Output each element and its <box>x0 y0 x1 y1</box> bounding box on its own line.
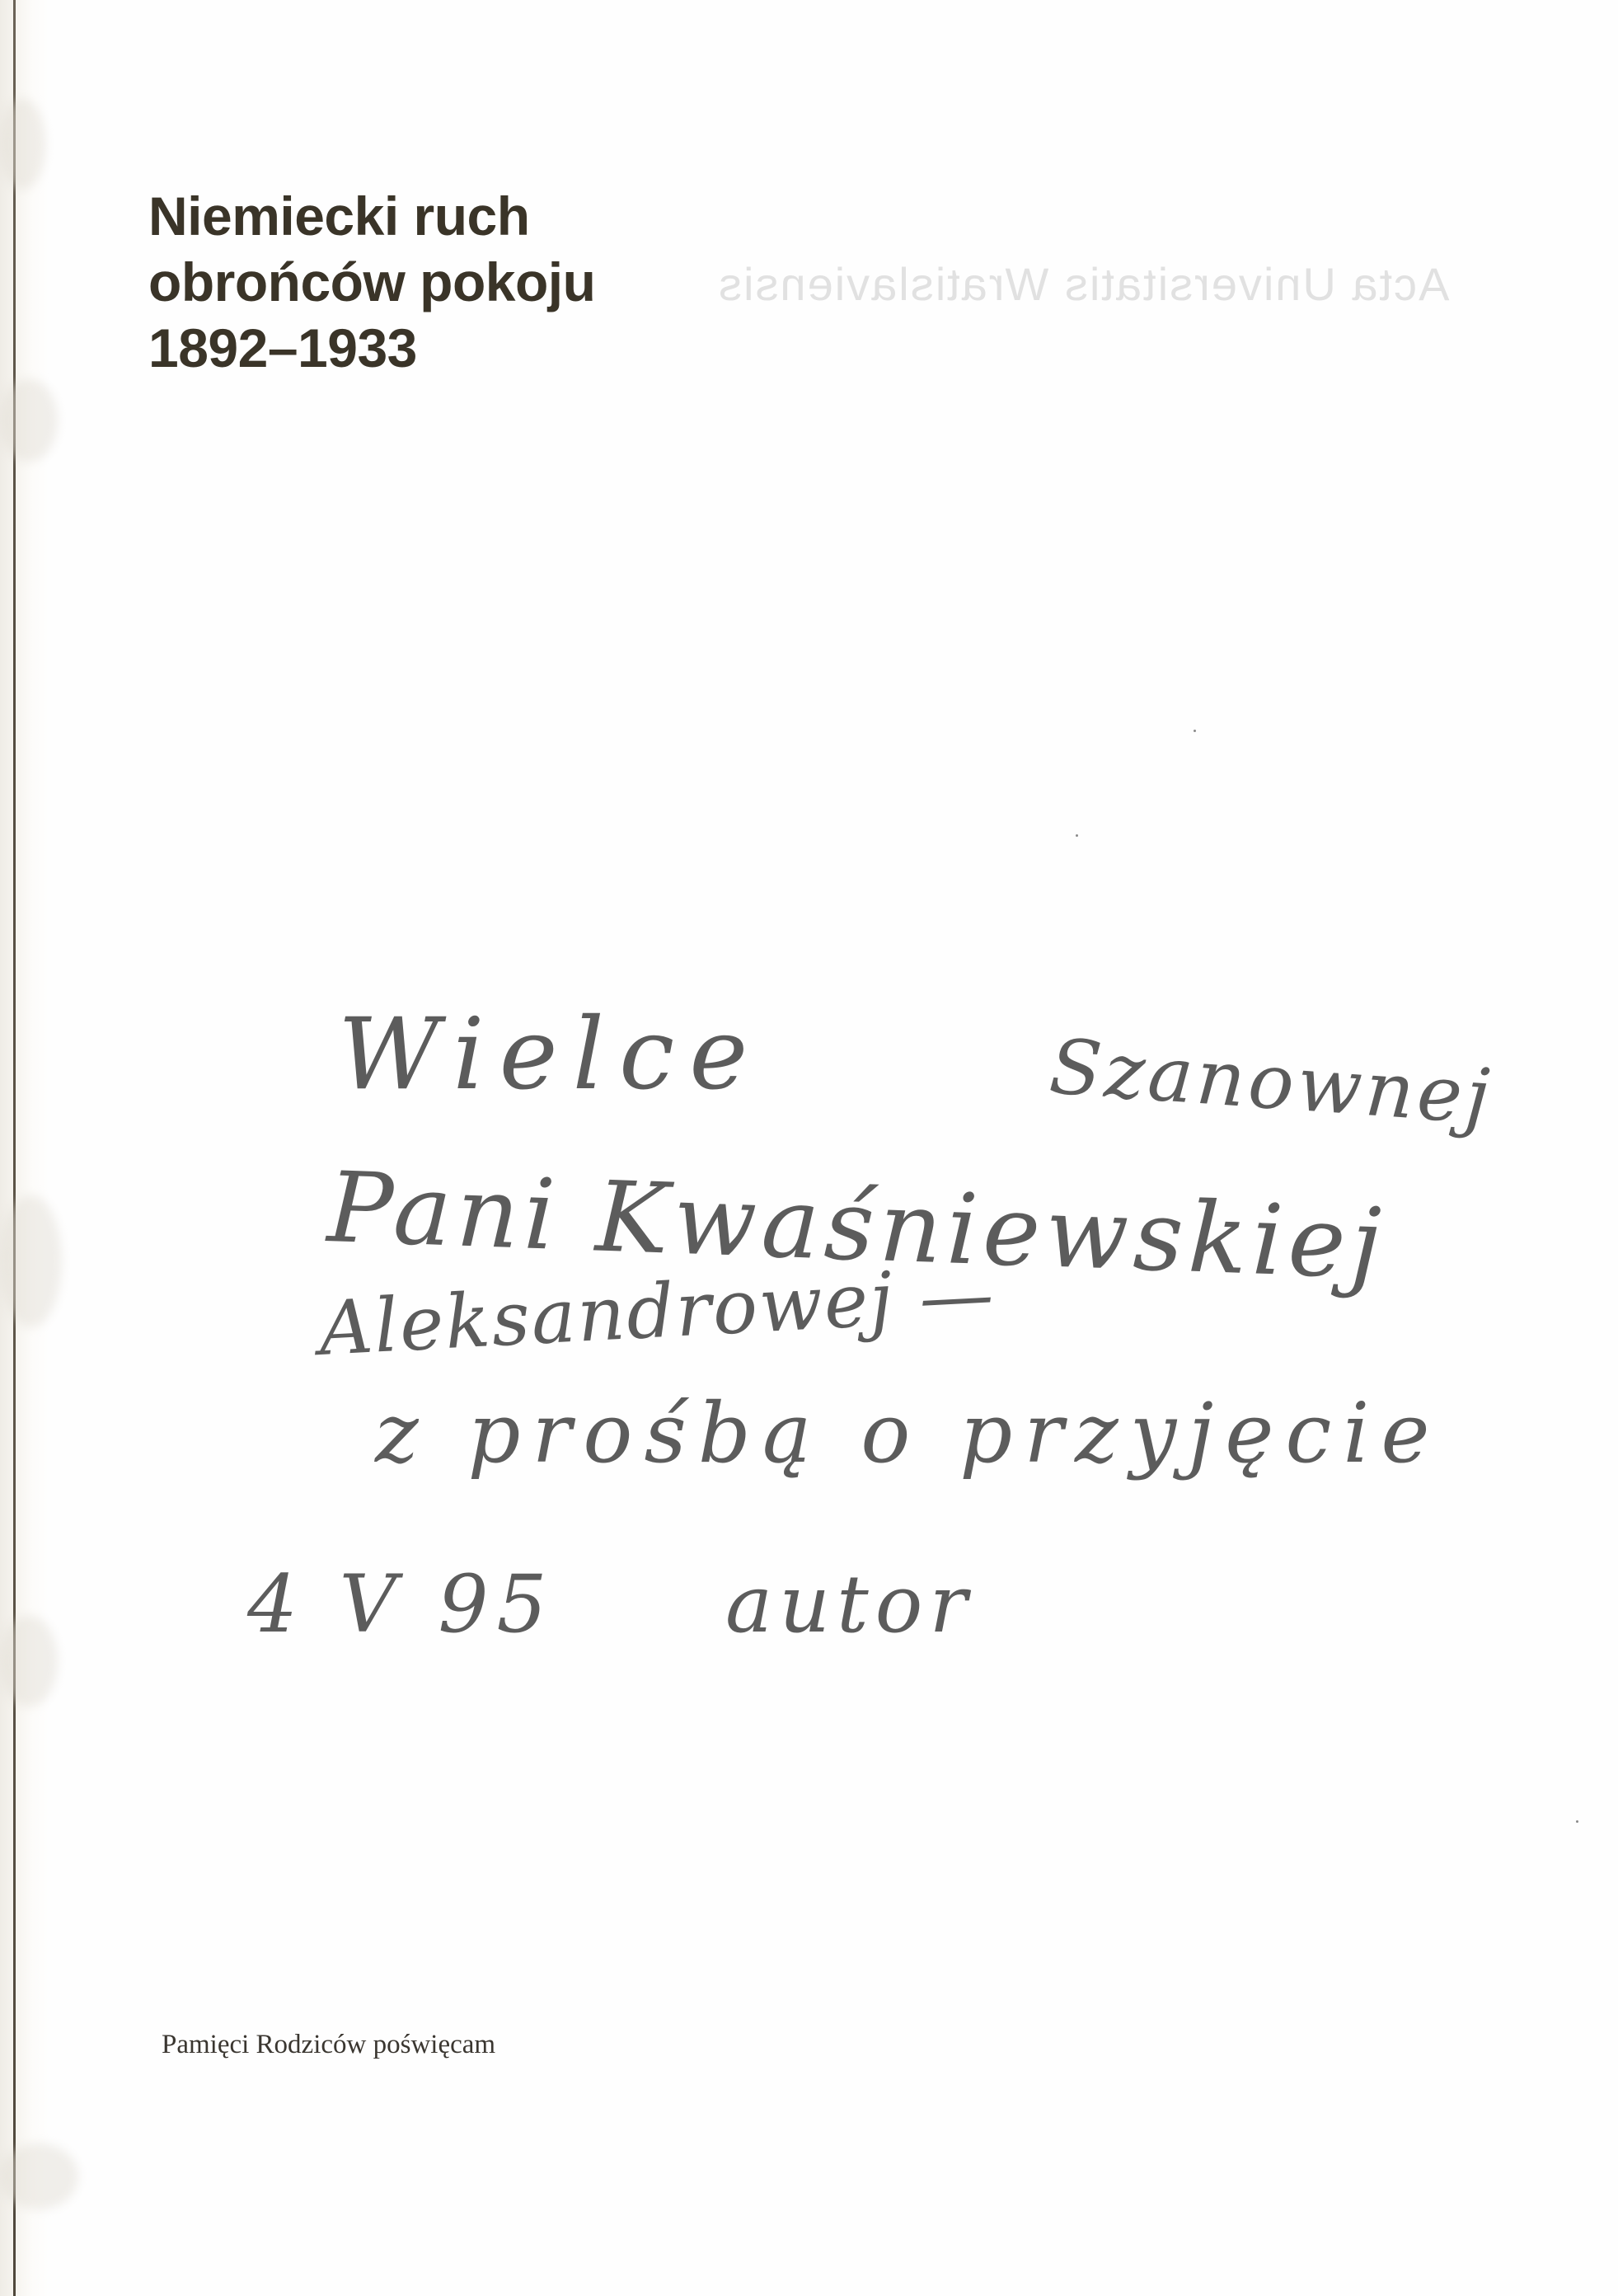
title-line-dates: 1892–1933 <box>148 315 595 381</box>
paper-speck <box>1576 1820 1578 1823</box>
paper-smudge <box>0 379 58 462</box>
binding-edge <box>13 0 16 2296</box>
inscription-line-4: z prośbą o przyjęcie <box>375 1385 1442 1481</box>
paper-smudge <box>0 99 45 190</box>
book-title: Niemiecki ruch obrońców pokoju 1892–1933 <box>148 183 595 381</box>
dedication-text: Pamięci Rodziców poświęcam <box>162 2030 495 2060</box>
paper-speck <box>1076 834 1078 837</box>
paper-speck <box>1194 730 1196 732</box>
paper-smudge <box>0 1195 62 1327</box>
title-line-1: Niemiecki ruch <box>148 183 595 249</box>
paper-smudge <box>0 2143 78 2209</box>
paper-smudge <box>0 1616 58 1707</box>
book-page: Acta Universitatis Wratislaviensis Niemi… <box>0 0 1618 2296</box>
inscription-signature: autor <box>725 1558 973 1650</box>
inscription-line-2: Pani Kwaśniewskiej <box>326 1150 1388 1301</box>
inscription-date: 4 V 95 <box>247 1558 556 1650</box>
title-line-2: obrońców pokoju <box>148 249 595 315</box>
show-through-text: Acta Universitatis Wratislaviensis <box>717 257 1450 311</box>
inscription-line-1: Wielce <box>338 998 762 1112</box>
inscription-line-1b: Szanownej <box>1047 1022 1495 1141</box>
inscription-line-3: Aleksandrowej — <box>317 1251 997 1373</box>
binding-shadow <box>0 0 49 2296</box>
